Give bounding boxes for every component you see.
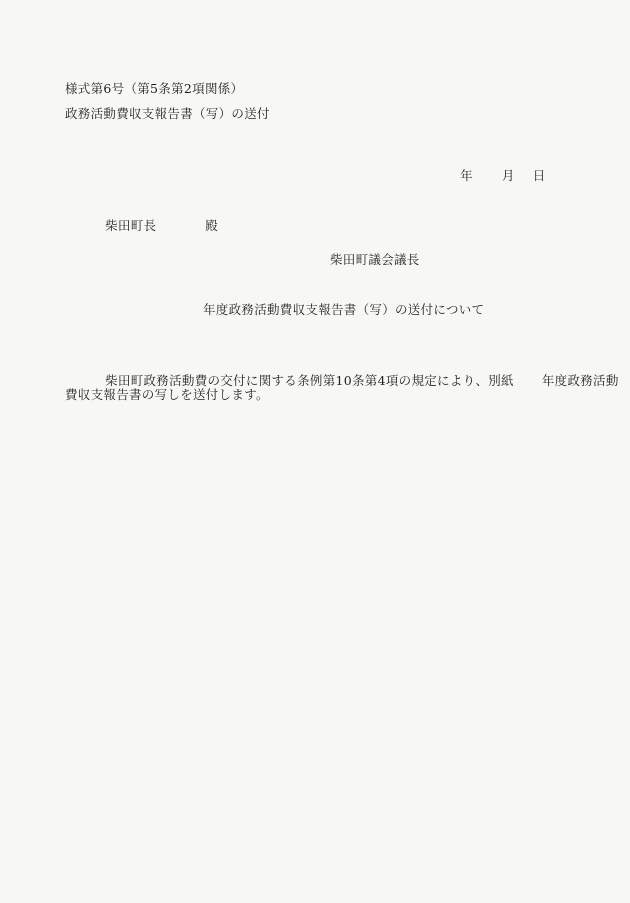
month-label: 月 — [502, 168, 515, 183]
addressee-name-blank — [156, 229, 205, 230]
document-page: 様式第6号（第5条第2項関係） 政務活動費収支報告書（写）の送付 年月日 柴田町… — [0, 0, 630, 903]
day-blank-field — [515, 179, 533, 180]
day-label: 日 — [533, 168, 546, 183]
year-label: 年 — [460, 168, 473, 183]
form-title-line: 政務活動費収支報告書（写）の送付 — [65, 107, 270, 121]
date-line: 年月日 — [443, 155, 546, 198]
form-number-line: 様式第6号（第5条第2項関係） — [65, 82, 243, 96]
addressee-name: 柴田町長 — [105, 218, 156, 233]
fiscal-year-blank-field — [514, 384, 542, 385]
body-line-2: 費収支報告書の写しを送付します。 — [65, 388, 269, 402]
sender-line: 柴田町議会議長 — [330, 253, 420, 267]
body-line-1-continuation: 年度政務活動 — [542, 373, 619, 388]
addressee-line: 柴田町長殿 — [88, 205, 218, 248]
month-blank-field — [473, 179, 502, 180]
addressee-honorific: 殿 — [205, 218, 218, 233]
subject-line: 年度政務活動費収支報告書（写）の送付について — [203, 303, 484, 317]
